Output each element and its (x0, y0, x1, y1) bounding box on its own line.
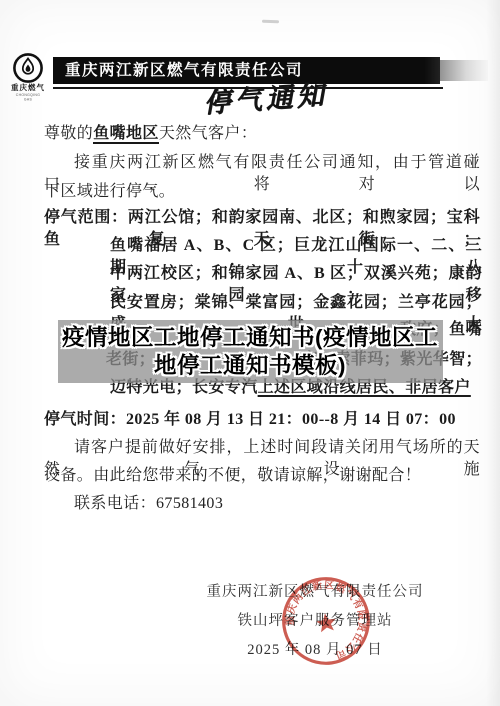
scanned-notice-page: 重庆燃气 CHONGQING GAS 重庆两江新区燃气有限责任公司 停气通知 尊… (0, 0, 500, 706)
scan-edge-shade (486, 0, 500, 706)
notice-line-1: 请客户提前做好安排，上述时间段请关闭用气场所的天然气设施 (44, 437, 480, 459)
logo-name-en: CHONGQING GAS (12, 93, 44, 102)
contact-phone: 67581403 (156, 495, 223, 512)
outage-time-line: 停气时间：2025 年 08 月 13 日 21：00--8 月 14 日 07… (44, 409, 480, 431)
greeting-suffix: 天然气客户： (159, 125, 257, 142)
contact-label: 联系电话： (74, 495, 156, 512)
greeting-prefix: 尊敬的 (44, 125, 93, 142)
company-banner: 重庆两江新区燃气有限责任公司 (53, 57, 440, 84)
scope-line-1: 停气范围：两江公馆；和韵家园南、北区；和煦家园；宝科鱼复天街； (44, 207, 480, 229)
contact-line: 联系电话：67581403 (44, 493, 480, 515)
outage-time-label: 停气时间： (44, 411, 126, 428)
seal-star-icon (315, 612, 337, 633)
intro-line-1: 接重庆两江新区燃气有限责任公司通知，由于管道碰口，将对以 (44, 152, 480, 174)
scope-line-4: 民安置房；棠锦、棠富园；金鑫花园；兰亭花园；盛世大 (110, 292, 482, 314)
region-name: 鱼嘴地区 (93, 125, 159, 144)
watermark-title-line-2: 地停工通知书模板) (40, 352, 460, 380)
banner-scan-tail (440, 60, 488, 81)
scope-line-3: 中两江校区；和锦家园 A、B 区；双溪兴苑；康韵家园；移 (110, 263, 482, 285)
scan-artifact-dash (262, 20, 279, 24)
official-seal-icon: 重庆两江新区燃气有限责任公司 (273, 568, 379, 674)
gas-flame-circle-icon (12, 52, 44, 84)
company-logo: 重庆燃气 CHONGQING GAS (9, 52, 47, 102)
outage-time-value: 2025 年 08 月 13 日 21：00--8 月 14 日 07：00 (126, 411, 456, 428)
scope-line-2: 鱼嘴福居 A、B、C 区；巨龙江山国际一、二、三期；十八 (110, 235, 482, 257)
watermark-title-line-1: 疫情地区工地停工通知书(疫情地区工 (40, 324, 460, 352)
greeting-line: 尊敬的鱼嘴地区天然气客户： (44, 123, 480, 145)
logo-name: 重庆燃气 (9, 84, 47, 92)
intro-line-2: 下区域进行停气。 (44, 181, 480, 203)
notice-title: 停气通知 (187, 78, 344, 121)
watermark-title: 疫情地区工地停工通知书(疫情地区工 地停工通知书模板) (40, 320, 460, 380)
notice-line-2: 设备。由此给您带来的不便，敬请谅解，谢谢配合！ (44, 465, 480, 487)
